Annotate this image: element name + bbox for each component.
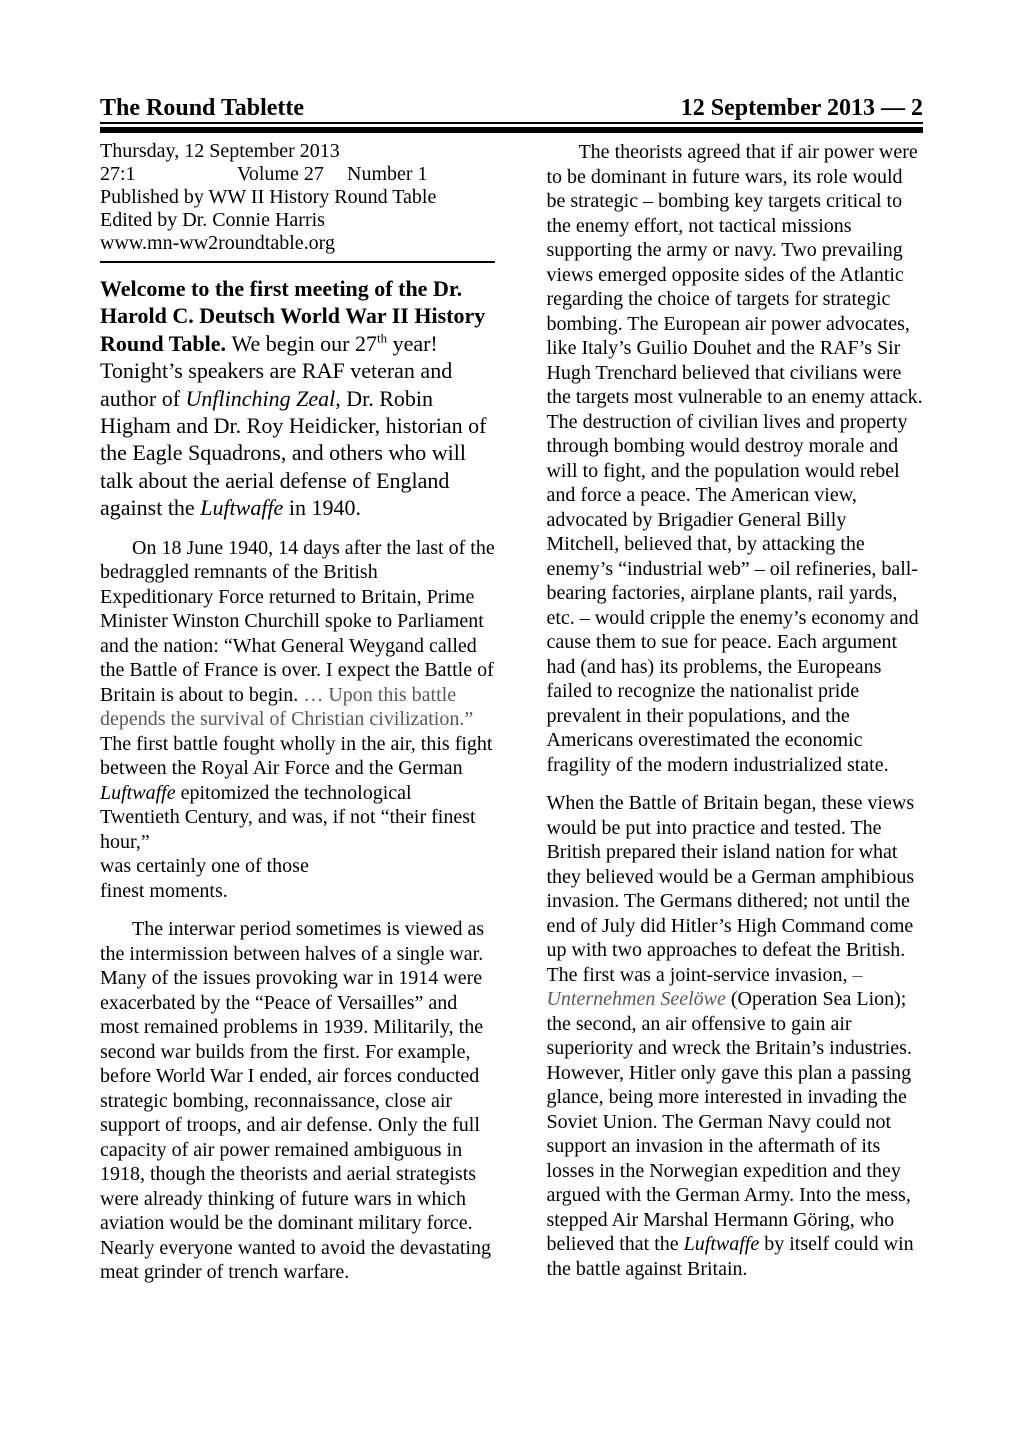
header-rule — [100, 127, 923, 133]
theorists-paragraph: The theorists agreed that if air power w… — [546, 140, 923, 777]
page-date-number: 12 September 2013 — 2 — [681, 96, 923, 120]
left-column: Thursday, 12 September 2013 27:1Volume 2… — [100, 140, 495, 1299]
newsletter-page: The Round Tablette 12 September 2013 — 2… — [0, 0, 1020, 1299]
page-header: The Round Tablette 12 September 2013 — 2 — [100, 96, 923, 124]
interwar-paragraph: The interwar period sometimes is viewed … — [100, 917, 495, 1285]
masthead-editor: Edited by Dr. Connie Harris — [100, 209, 495, 232]
right-column: The theorists agreed that if air power w… — [546, 140, 923, 1299]
battle-begins-paragraph: When the Battle of Britain began, these … — [546, 791, 923, 1281]
masthead-number: Number 1 — [347, 163, 428, 185]
masthead-website: www.mn-ww2roundtable.org — [100, 232, 495, 255]
masthead-date: Thursday, 12 September 2013 — [100, 140, 495, 163]
masthead: Thursday, 12 September 2013 27:1Volume 2… — [100, 140, 495, 263]
two-column-body: Thursday, 12 September 2013 27:1Volume 2… — [100, 140, 923, 1299]
welcome-paragraph: Welcome to the first meeting of the Dr. … — [100, 275, 495, 522]
masthead-volume: Volume 27 — [237, 163, 347, 186]
churchill-paragraph: On 18 June 1940, 14 days after the last … — [100, 536, 495, 904]
masthead-publisher: Published by WW II History Round Table — [100, 186, 495, 209]
masthead-volume-line: 27:1Volume 27Number 1 — [100, 163, 495, 186]
newsletter-title: The Round Tablette — [100, 96, 304, 120]
masthead-issue: 27:1 — [100, 163, 237, 186]
